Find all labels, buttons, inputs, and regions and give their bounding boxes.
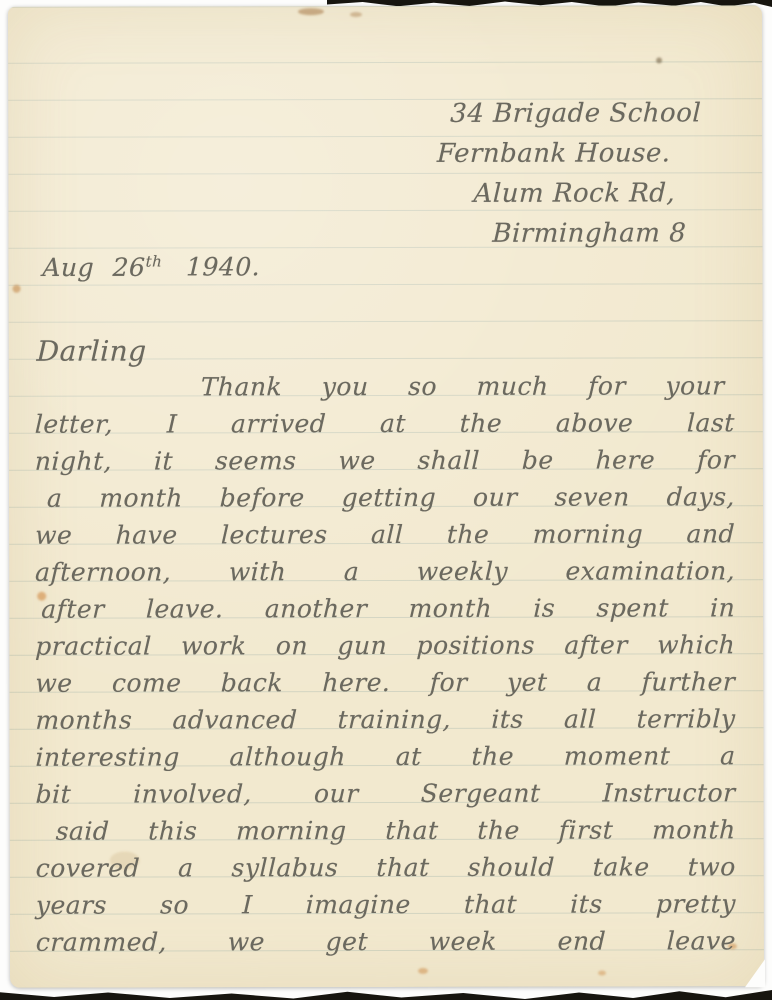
address-line: Fernbank House. <box>436 133 700 174</box>
body-line: afternoon, with a weekly examination, <box>35 556 736 587</box>
body-line: crammed, we get week end leave <box>35 926 736 957</box>
address-line: Alum Rock Rd, <box>473 173 699 213</box>
letter-paper: 34 Brigade School Fernbank House. Alum R… <box>8 5 764 988</box>
body-line: said this morning that the first month <box>55 815 736 846</box>
body-line: months advanced training, its all terrib… <box>35 704 736 735</box>
body-line: we come back here. for yet a further <box>35 667 736 698</box>
date-ordinal: th <box>145 252 162 270</box>
stain <box>350 12 362 17</box>
body-line: Thank you so much for your <box>200 371 725 402</box>
address-line: 34 Brigade School <box>450 93 702 134</box>
stain <box>598 971 606 976</box>
sender-address: 34 Brigade School Fernbank House. Alum R… <box>434 93 702 254</box>
letter-date: Aug 26th1940. <box>42 252 261 282</box>
body-line: after leave. another month is spent in <box>41 593 736 624</box>
stain <box>656 57 662 63</box>
body-line: years so I imagine that its pretty <box>35 889 736 920</box>
body-line: we have lectures all the morning and <box>35 519 736 550</box>
stain <box>298 8 324 15</box>
body-line: a month before getting our seven days, <box>47 482 736 513</box>
paper-fold-corner <box>745 959 765 987</box>
body-line: covered a syllabus that should take two <box>35 852 736 883</box>
torn-edge-bottom <box>0 990 772 1000</box>
body-line: interesting although at the moment a <box>35 741 736 772</box>
date-month-day: Aug 26 <box>42 253 146 282</box>
body-line: night, it seems we shall be here for <box>34 445 735 476</box>
salutation: Darling <box>36 334 147 367</box>
letter-photo: 34 Brigade School Fernbank House. Alum R… <box>0 0 772 1000</box>
stain <box>13 285 21 293</box>
body-line: practical work on gun positions after wh… <box>35 630 736 661</box>
date-year: 1940. <box>186 253 261 282</box>
body-line: bit involved, our Sergeant Instructor <box>35 778 736 809</box>
body-line: letter, I arrived at the above last <box>34 408 735 439</box>
stain <box>418 968 428 974</box>
address-line: Birmingham 8 <box>492 213 698 253</box>
